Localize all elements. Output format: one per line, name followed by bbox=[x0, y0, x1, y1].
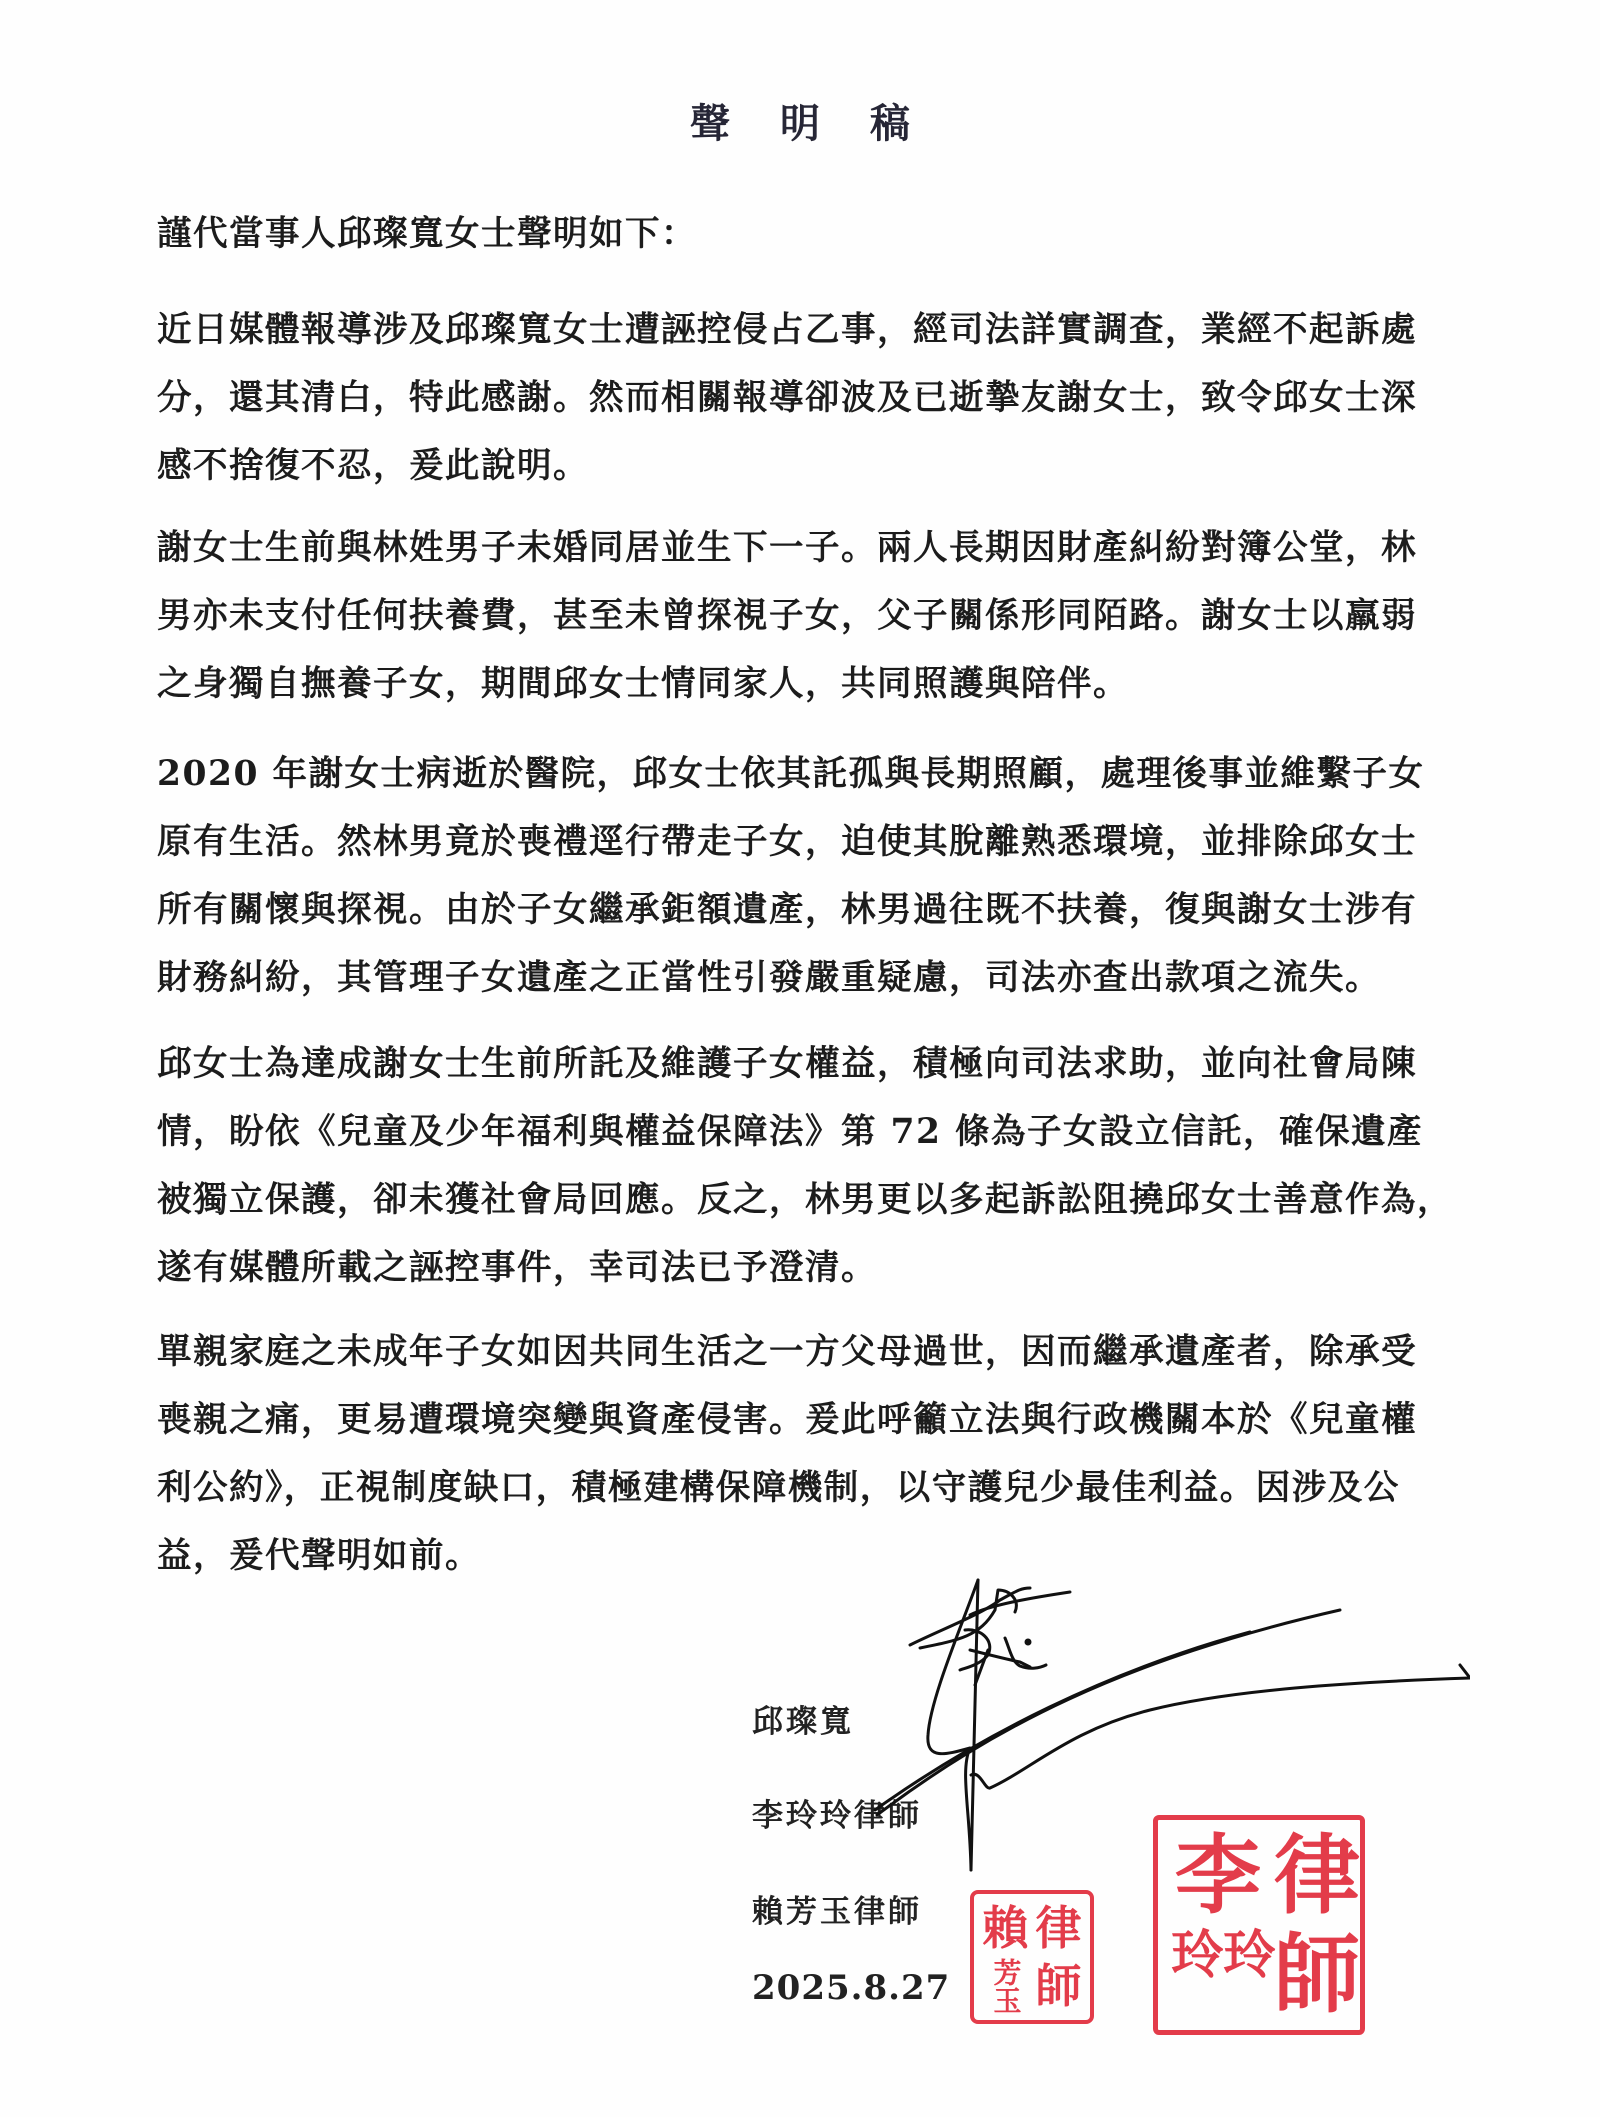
seal-char: 芳玉 bbox=[980, 1958, 1031, 2014]
signatory-client-name: 邱璨寬 bbox=[752, 1696, 854, 1741]
statement-document: 聲明稿 謹代當事人邱璨寬女士聲明如下： 近日媒體報導涉及邱璨寬女士遭誣控侵占乙事… bbox=[0, 0, 1600, 2117]
paragraph-line: 謝女士生前與林姓男子未婚同居並生下一子。兩人長期因財產糾紛對簿公堂，林 bbox=[157, 514, 1447, 582]
lawyer-seal-large: 李 律 玲玲 師 bbox=[1153, 1815, 1365, 2035]
intro-line: 謹代當事人邱璨寬女士聲明如下： bbox=[157, 200, 1447, 268]
paragraph-line: 之身獨自撫養子女，期間邱女士情同家人，共同照護與陪伴。 bbox=[157, 650, 1447, 718]
paragraph-line: 利公約》，正視制度缺口，積極建構保障機制，以守護兒少最佳利益。因涉及公 bbox=[157, 1454, 1447, 1522]
seal-char: 律 bbox=[1033, 1900, 1084, 1956]
document-title: 聲明稿 bbox=[0, 92, 1600, 149]
seal-char: 賴 bbox=[980, 1900, 1031, 1956]
intro-text: 謹代當事人邱璨寬女士聲明如下： bbox=[157, 200, 1447, 268]
signatory-lawyer-2: 賴芳玉律師 bbox=[752, 1886, 922, 1931]
paragraph-1: 近日媒體報導涉及邱璨寬女士遭誣控侵占乙事，經司法詳實調查，業經不起訴處 分，還其… bbox=[157, 296, 1447, 500]
paragraph-line: 原有生活。然林男竟於喪禮逕行帶走子女，迫使其脫離熟悉環境，並排除邱女士 bbox=[157, 808, 1447, 876]
paragraph-line: 財務糾紛，其管理子女遺產之正當性引發嚴重疑慮，司法亦查出款項之流失。 bbox=[157, 944, 1447, 1012]
paragraph-line: 分，還其清白，特此感謝。然而相關報導卻波及已逝摯友謝女士，致令邱女士深 bbox=[157, 364, 1447, 432]
paragraph-line: 益，爰代聲明如前。 bbox=[157, 1522, 1447, 1590]
paragraph-5: 單親家庭之未成年子女如因共同生活之一方父母過世，因而繼承遺產者，除承受 喪親之痛… bbox=[157, 1318, 1447, 1590]
signatory-lawyer-1: 李玲玲律師 bbox=[752, 1790, 922, 1835]
seal-char: 李 bbox=[1166, 1828, 1270, 1923]
signing-date: 2025.8.27 bbox=[752, 1968, 950, 2008]
paragraph-3: 2020 年謝女士病逝於醫院，邱女士依其託孤與長期照顧，處理後事並維繫子女 原有… bbox=[157, 740, 1447, 1012]
seal-char: 師 bbox=[1033, 1958, 1084, 2014]
seal-char: 律 bbox=[1274, 1828, 1360, 1923]
paragraph-line: 被獨立保護，卻未獲社會局回應。反之，林男更以多起訴訟阻撓邱女士善意作為， bbox=[157, 1166, 1447, 1234]
seal-char: 玲玲 bbox=[1166, 1927, 1270, 2022]
paragraph-line: 喪親之痛，更易遭環境突變與資產侵害。爰此呼籲立法與行政機關本於《兒童權 bbox=[157, 1386, 1447, 1454]
paragraph-2: 謝女士生前與林姓男子未婚同居並生下一子。兩人長期因財產糾紛對簿公堂，林 男亦未支… bbox=[157, 514, 1447, 718]
paragraph-line: 2020 年謝女士病逝於醫院，邱女士依其託孤與長期照顧，處理後事並維繫子女 bbox=[157, 740, 1447, 808]
paragraph-line: 情，盼依《兒童及少年福利與權益保障法》第 72 條為子女設立信託，確保遺產 bbox=[157, 1098, 1447, 1166]
paragraph-line: 感不捨復不忍，爰此說明。 bbox=[157, 432, 1447, 500]
paragraph-line: 邱女士為達成謝女士生前所託及維護子女權益，積極向司法求助，並向社會局陳 bbox=[157, 1030, 1447, 1098]
lawyer-seal-small: 賴 律 芳玉 師 bbox=[970, 1890, 1094, 2024]
paragraph-line: 近日媒體報導涉及邱璨寬女士遭誣控侵占乙事，經司法詳實調查，業經不起訴處 bbox=[157, 296, 1447, 364]
paragraph-line: 所有關懷與探視。由於子女繼承鉅額遺產，林男過往既不扶養，復與謝女士涉有 bbox=[157, 876, 1447, 944]
paragraph-line: 男亦未支付任何扶養費，甚至未曾探視子女，父子關係形同陌路。謝女士以羸弱 bbox=[157, 582, 1447, 650]
paragraph-line: 遂有媒體所載之誣控事件，幸司法已予澄清。 bbox=[157, 1234, 1447, 1302]
paragraph-line: 單親家庭之未成年子女如因共同生活之一方父母過世，因而繼承遺產者，除承受 bbox=[157, 1318, 1447, 1386]
seal-char: 師 bbox=[1274, 1927, 1360, 2022]
paragraph-4: 邱女士為達成謝女士生前所託及維護子女權益，積極向司法求助，並向社會局陳 情，盼依… bbox=[157, 1030, 1447, 1302]
